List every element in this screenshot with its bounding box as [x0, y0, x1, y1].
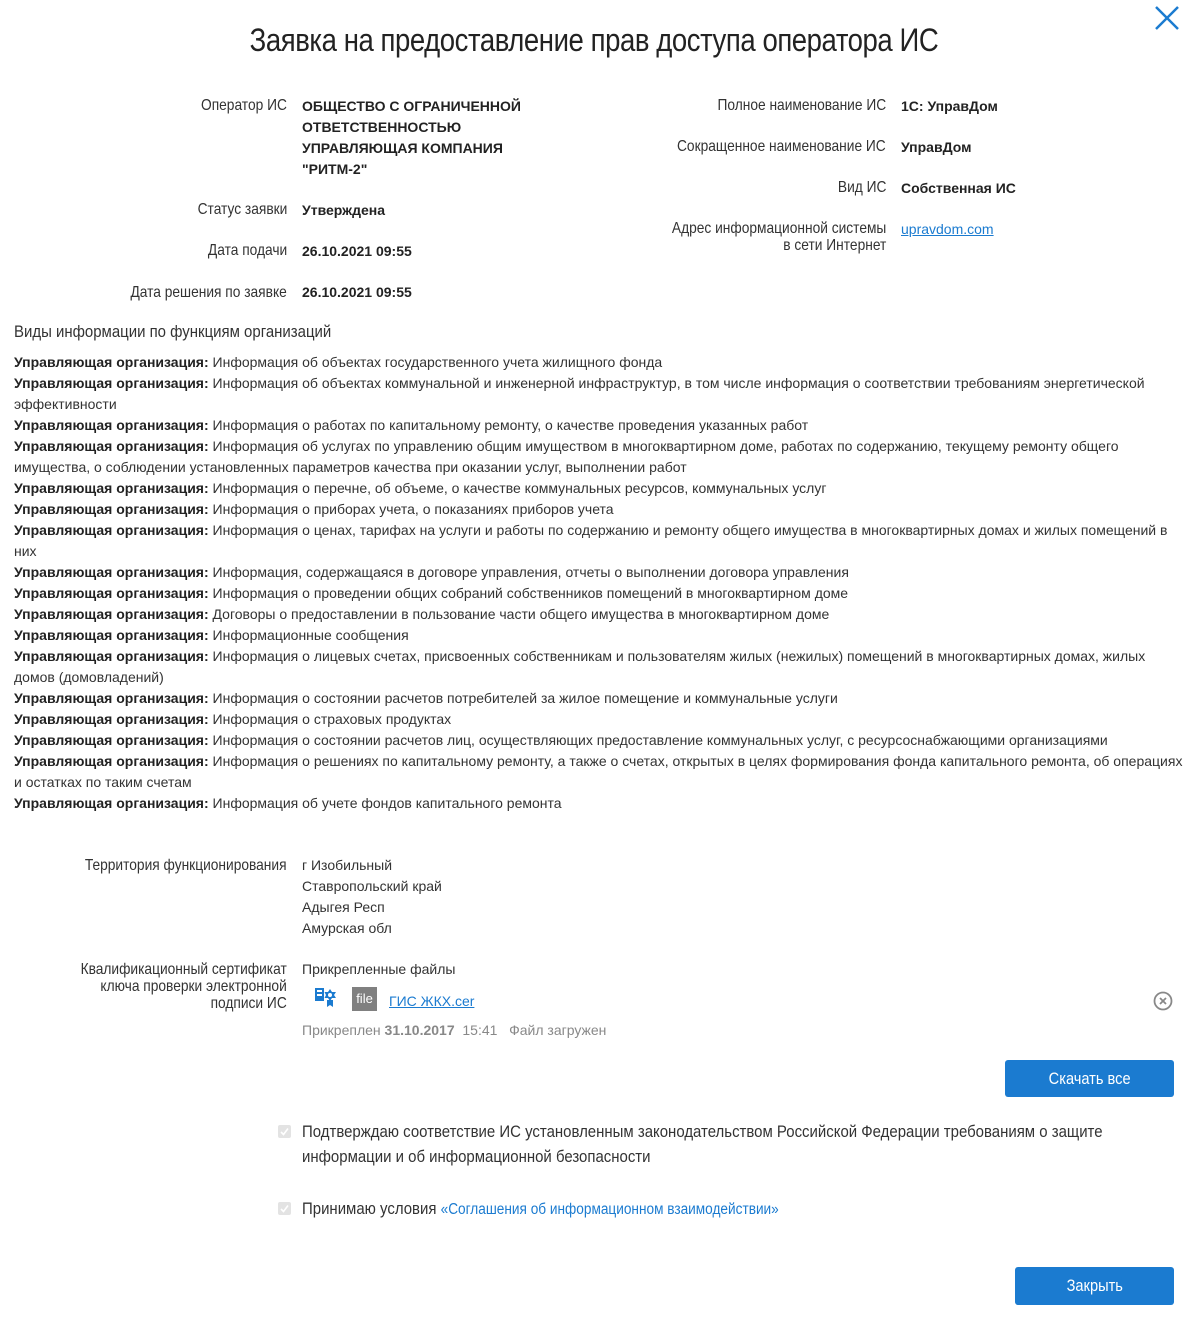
info-type-item: Управляющая организация: Информация о ли… — [14, 646, 1184, 688]
file-status: Файл загружен — [509, 1022, 606, 1038]
attached-time: 15:41 — [462, 1022, 497, 1038]
close-label: Закрыть — [1066, 1267, 1122, 1305]
org-role: Управляющая организация: — [14, 438, 209, 454]
info-type-item: Управляющая организация: Информация о це… — [14, 520, 1184, 562]
info-type-text: Информация о состоянии расчетов потребит… — [213, 690, 838, 706]
info-type-item: Управляющая организация: Информационные … — [14, 625, 1184, 646]
org-role: Управляющая организация: — [14, 732, 209, 748]
info-type-text: Информация об объектах государственного … — [213, 354, 663, 370]
certificate-label-line1: Квалификационный сертификат — [81, 961, 287, 978]
accept-terms-label: Принимаю условия — [302, 1199, 436, 1218]
status-value: Утверждена — [302, 200, 385, 221]
info-type-text: Информация о перечне, об объеме, о качес… — [213, 480, 827, 496]
info-type-text: Информация, содержащаяся в договоре упра… — [213, 564, 849, 580]
attached-prefix: Прикреплен — [302, 1022, 381, 1038]
territory-item: Амурская обл — [302, 918, 442, 939]
info-type-item: Управляющая организация: Информация о со… — [14, 730, 1184, 751]
org-role: Управляющая организация: — [14, 522, 209, 538]
org-role: Управляющая организация: — [14, 690, 209, 706]
territory-label: Территория функционирования — [85, 857, 287, 874]
info-type-item: Управляющая организация: Информация, сод… — [14, 562, 1184, 583]
is-address-label-line2: в сети Интернет — [672, 237, 886, 254]
info-type-item: Управляющая организация: Информация о пр… — [14, 499, 1184, 520]
info-type-text: Информационные сообщения — [213, 627, 409, 643]
download-all-button[interactable]: Скачать все — [1005, 1060, 1174, 1097]
org-role: Управляющая организация: — [14, 606, 209, 622]
certificate-label-line2: ключа проверки электронной — [81, 978, 287, 995]
info-type-text: Информация о работах по капитальному рем… — [213, 417, 809, 433]
info-type-item: Управляющая организация: Информация об у… — [14, 793, 1184, 814]
territory-item: Ставропольский край — [302, 876, 442, 897]
confirm-compliance-checkbox[interactable] — [278, 1125, 291, 1138]
agreement-link[interactable]: «Соглашения об информационном взаимодейс… — [441, 1201, 779, 1218]
remove-file-icon[interactable] — [1153, 991, 1173, 1011]
certificate-label: Квалификационный сертификат ключа провер… — [81, 961, 287, 1012]
file-meta: Прикреплен 31.10.2017 15:41 Файл загруже… — [302, 1020, 606, 1041]
attached-date: 31.10.2017 — [385, 1022, 455, 1038]
info-type-text: Информация о приборах учета, о показания… — [213, 501, 614, 517]
full-name-label: Полное наименование ИС — [717, 97, 886, 114]
org-role: Управляющая организация: — [14, 417, 209, 433]
info-type-item: Управляющая организация: Информация об о… — [14, 373, 1184, 415]
info-type-item: Управляющая организация: Информация об у… — [14, 436, 1184, 478]
territory-item: г Изобильный — [302, 855, 442, 876]
info-type-item: Управляющая организация: Информация о ст… — [14, 709, 1184, 730]
info-type-text: Информация о страховых продуктах — [213, 711, 452, 727]
info-type-item: Управляющая организация: Информация о ра… — [14, 415, 1184, 436]
org-role: Управляющая организация: — [14, 648, 209, 664]
operator-label: Оператор ИС — [201, 97, 287, 114]
info-section-title: Виды информации по функциям организаций — [14, 322, 331, 342]
short-name-value: УправДом — [901, 137, 971, 158]
is-address-link[interactable]: upravdom.com — [901, 221, 994, 237]
certificate-label-line3: подписи ИС — [81, 995, 287, 1012]
info-type-item: Управляющая организация: Информация об о… — [14, 352, 1184, 373]
operator-value: ОБЩЕСТВО С ОГРАНИЧЕННОЙ ОТВЕТСТВЕННОСТЬЮ… — [302, 96, 562, 180]
info-type-text: Информация о проведении общих собраний с… — [213, 585, 849, 601]
close-button[interactable]: Закрыть — [1015, 1267, 1174, 1305]
checkmark-icon — [279, 1203, 290, 1214]
org-role: Управляющая организация: — [14, 711, 209, 727]
is-type-label: Вид ИС — [837, 179, 886, 196]
territory-item: Адыгея Респ — [302, 897, 442, 918]
decision-date-value: 26.10.2021 09:55 — [302, 282, 412, 303]
accept-terms-text: Принимаю условия «Соглашения об информац… — [302, 1196, 1134, 1222]
confirm-compliance-text: Подтверждаю соответствие ИС установленны… — [302, 1119, 1134, 1169]
checkmark-icon — [279, 1126, 290, 1137]
close-dialog-button[interactable] — [1152, 3, 1182, 33]
org-role: Управляющая организация: — [14, 480, 209, 496]
info-type-item: Управляющая организация: Информация о пе… — [14, 478, 1184, 499]
info-type-item: Управляющая организация: Информация о пр… — [14, 583, 1184, 604]
certificate-icon[interactable] — [315, 988, 337, 1008]
dialog-title: Заявка на предоставление прав доступа оп… — [83, 22, 1105, 59]
org-role: Управляющая организация: — [14, 627, 209, 643]
info-type-text: Договоры о предоставлении в пользование … — [213, 606, 830, 622]
org-role: Управляющая организация: — [14, 564, 209, 580]
file-download-link[interactable]: ГИС ЖКХ.cer — [389, 993, 474, 1009]
submit-date-value: 26.10.2021 09:55 — [302, 241, 412, 262]
is-type-value: Собственная ИС — [901, 178, 1016, 199]
accept-terms-checkbox[interactable] — [278, 1202, 291, 1215]
org-role: Управляющая организация: — [14, 753, 209, 769]
info-type-item: Управляющая организация: Информация о ре… — [14, 751, 1184, 793]
territory-list: г ИзобильныйСтавропольский крайАдыгея Ре… — [302, 855, 442, 939]
info-type-text: Информация о состоянии расчетов лиц, осу… — [213, 732, 1108, 748]
org-role: Управляющая организация: — [14, 795, 209, 811]
close-x-icon — [1152, 3, 1182, 33]
info-type-item: Управляющая организация: Информация о со… — [14, 688, 1184, 709]
submit-date-label: Дата подачи — [208, 242, 287, 259]
org-role: Управляющая организация: — [14, 354, 209, 370]
org-role: Управляющая организация: — [14, 375, 209, 391]
short-name-label: Сокращенное наименование ИС — [677, 138, 886, 155]
download-all-label: Скачать все — [1049, 1060, 1131, 1097]
full-name-value: 1С: УправДом — [901, 96, 998, 117]
org-role: Управляющая организация: — [14, 501, 209, 517]
info-type-list: Управляющая организация: Информация об о… — [14, 352, 1184, 814]
decision-date-label: Дата решения по заявке — [131, 284, 287, 301]
file-type-icon: file — [352, 987, 377, 1011]
info-type-item: Управляющая организация: Договоры о пред… — [14, 604, 1184, 625]
attached-files-label: Прикрепленные файлы — [302, 959, 455, 980]
info-type-text: Информация об учете фондов капитального … — [213, 795, 562, 811]
status-label: Статус заявки — [197, 201, 287, 218]
is-address-label: Адрес информационной системы в сети Инте… — [672, 220, 886, 254]
is-address-label-line1: Адрес информационной системы — [672, 220, 886, 237]
org-role: Управляющая организация: — [14, 585, 209, 601]
